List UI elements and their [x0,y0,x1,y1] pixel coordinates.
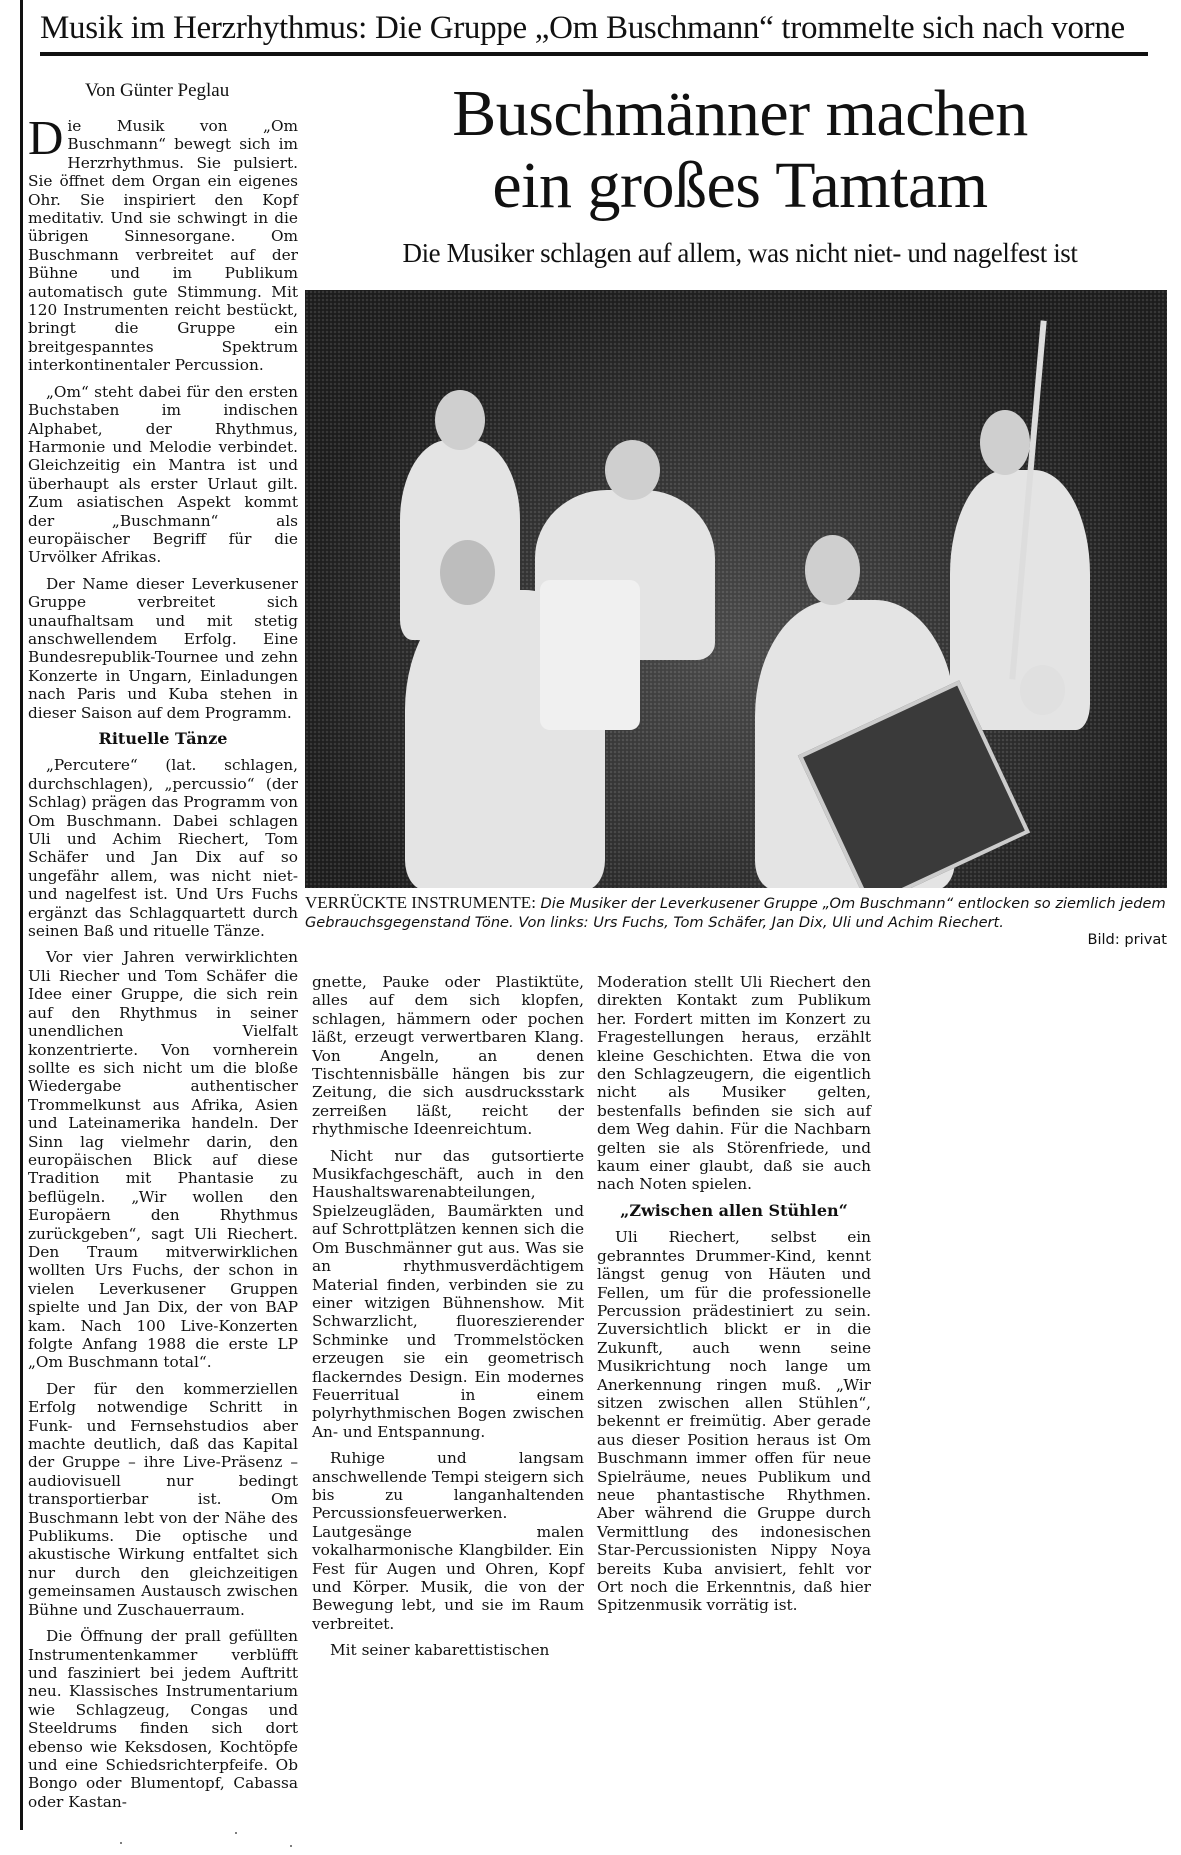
kicker-headline: Musik im Herzrhythmus: Die Gruppe „Om Bu… [40,10,1125,47]
paragraph: gnette, Pauke oder Plastiktüte, alles au… [312,973,584,1139]
head-icon [435,390,485,450]
paragraph: Mit seiner kabarettistischen [312,1641,584,1659]
paragraph: Nicht nur das gutsortierte Musikfachgesc… [312,1147,584,1442]
scan-speck [235,1832,237,1834]
caption-lead: VERRÜCKTE INSTRUMENTE: [305,893,536,912]
article-column-3: Moderation stellt Uli Riechert den direk… [597,973,871,1623]
subheadline: Die Musiker schlagen auf allem, was nich… [300,238,1180,269]
scan-speck [290,1845,292,1847]
byline: Von Günter Peglau [85,80,229,102]
kicker-underline [40,52,1148,56]
paragraph: Moderation stellt Uli Riechert den direk… [597,973,871,1194]
paragraph: Uli Riechert, selbst ein gebranntes Drum… [597,1228,871,1615]
band-photo [305,290,1167,888]
scan-speck [120,1842,122,1844]
headline-line-2: ein großes Tamtam [300,150,1180,222]
paragraph: „Om“ steht dabei für den ersten Buchstab… [28,383,298,567]
paragraph: Die Musik von „Om Buschmann“ bewegt sich… [28,117,298,375]
left-column-rule [20,0,23,1830]
article-column-2: gnette, Pauke oder Plastiktüte, alles au… [312,973,584,1668]
paragraph: Ruhige und langsam anschwellende Tempi s… [312,1449,584,1633]
head-icon [605,440,660,500]
headline-line-1: Buschmänner machen [300,78,1180,150]
photo-caption: VERRÜCKTE INSTRUMENTE: Die Musiker der L… [305,893,1167,932]
paragraph: Die Öffnung der prall gefüllten Instrume… [28,1627,298,1811]
head-icon [805,535,860,605]
paragraph: Der für den kommerziellen Erfolg notwend… [28,1380,298,1619]
article-column-1: Die Musik von „Om Buschmann“ bewegt sich… [28,117,298,1819]
main-headline: Buschmänner machen ein großes Tamtam [300,78,1180,222]
paragraph: Der Name dieser Leverkusener Gruppe verb… [28,575,298,722]
paragraph: Vor vier Jahren verwirklichten Uli Riech… [28,948,298,1371]
drop-cap: D [28,119,63,157]
head-icon [440,540,495,605]
head-icon [980,410,1030,475]
paragraph: „Percutere“ (lat. schlagen, durchschlage… [28,756,298,940]
photo-credit: Bild: privat [1087,931,1167,948]
section-heading-rituelle-taenze: Rituelle Tänze [28,730,298,748]
conga-drum [540,580,640,730]
section-heading-zwischen-allen-stuehlen: „Zwischen allen Stühlen“ [597,1202,871,1220]
ball-instrument [1020,665,1065,715]
